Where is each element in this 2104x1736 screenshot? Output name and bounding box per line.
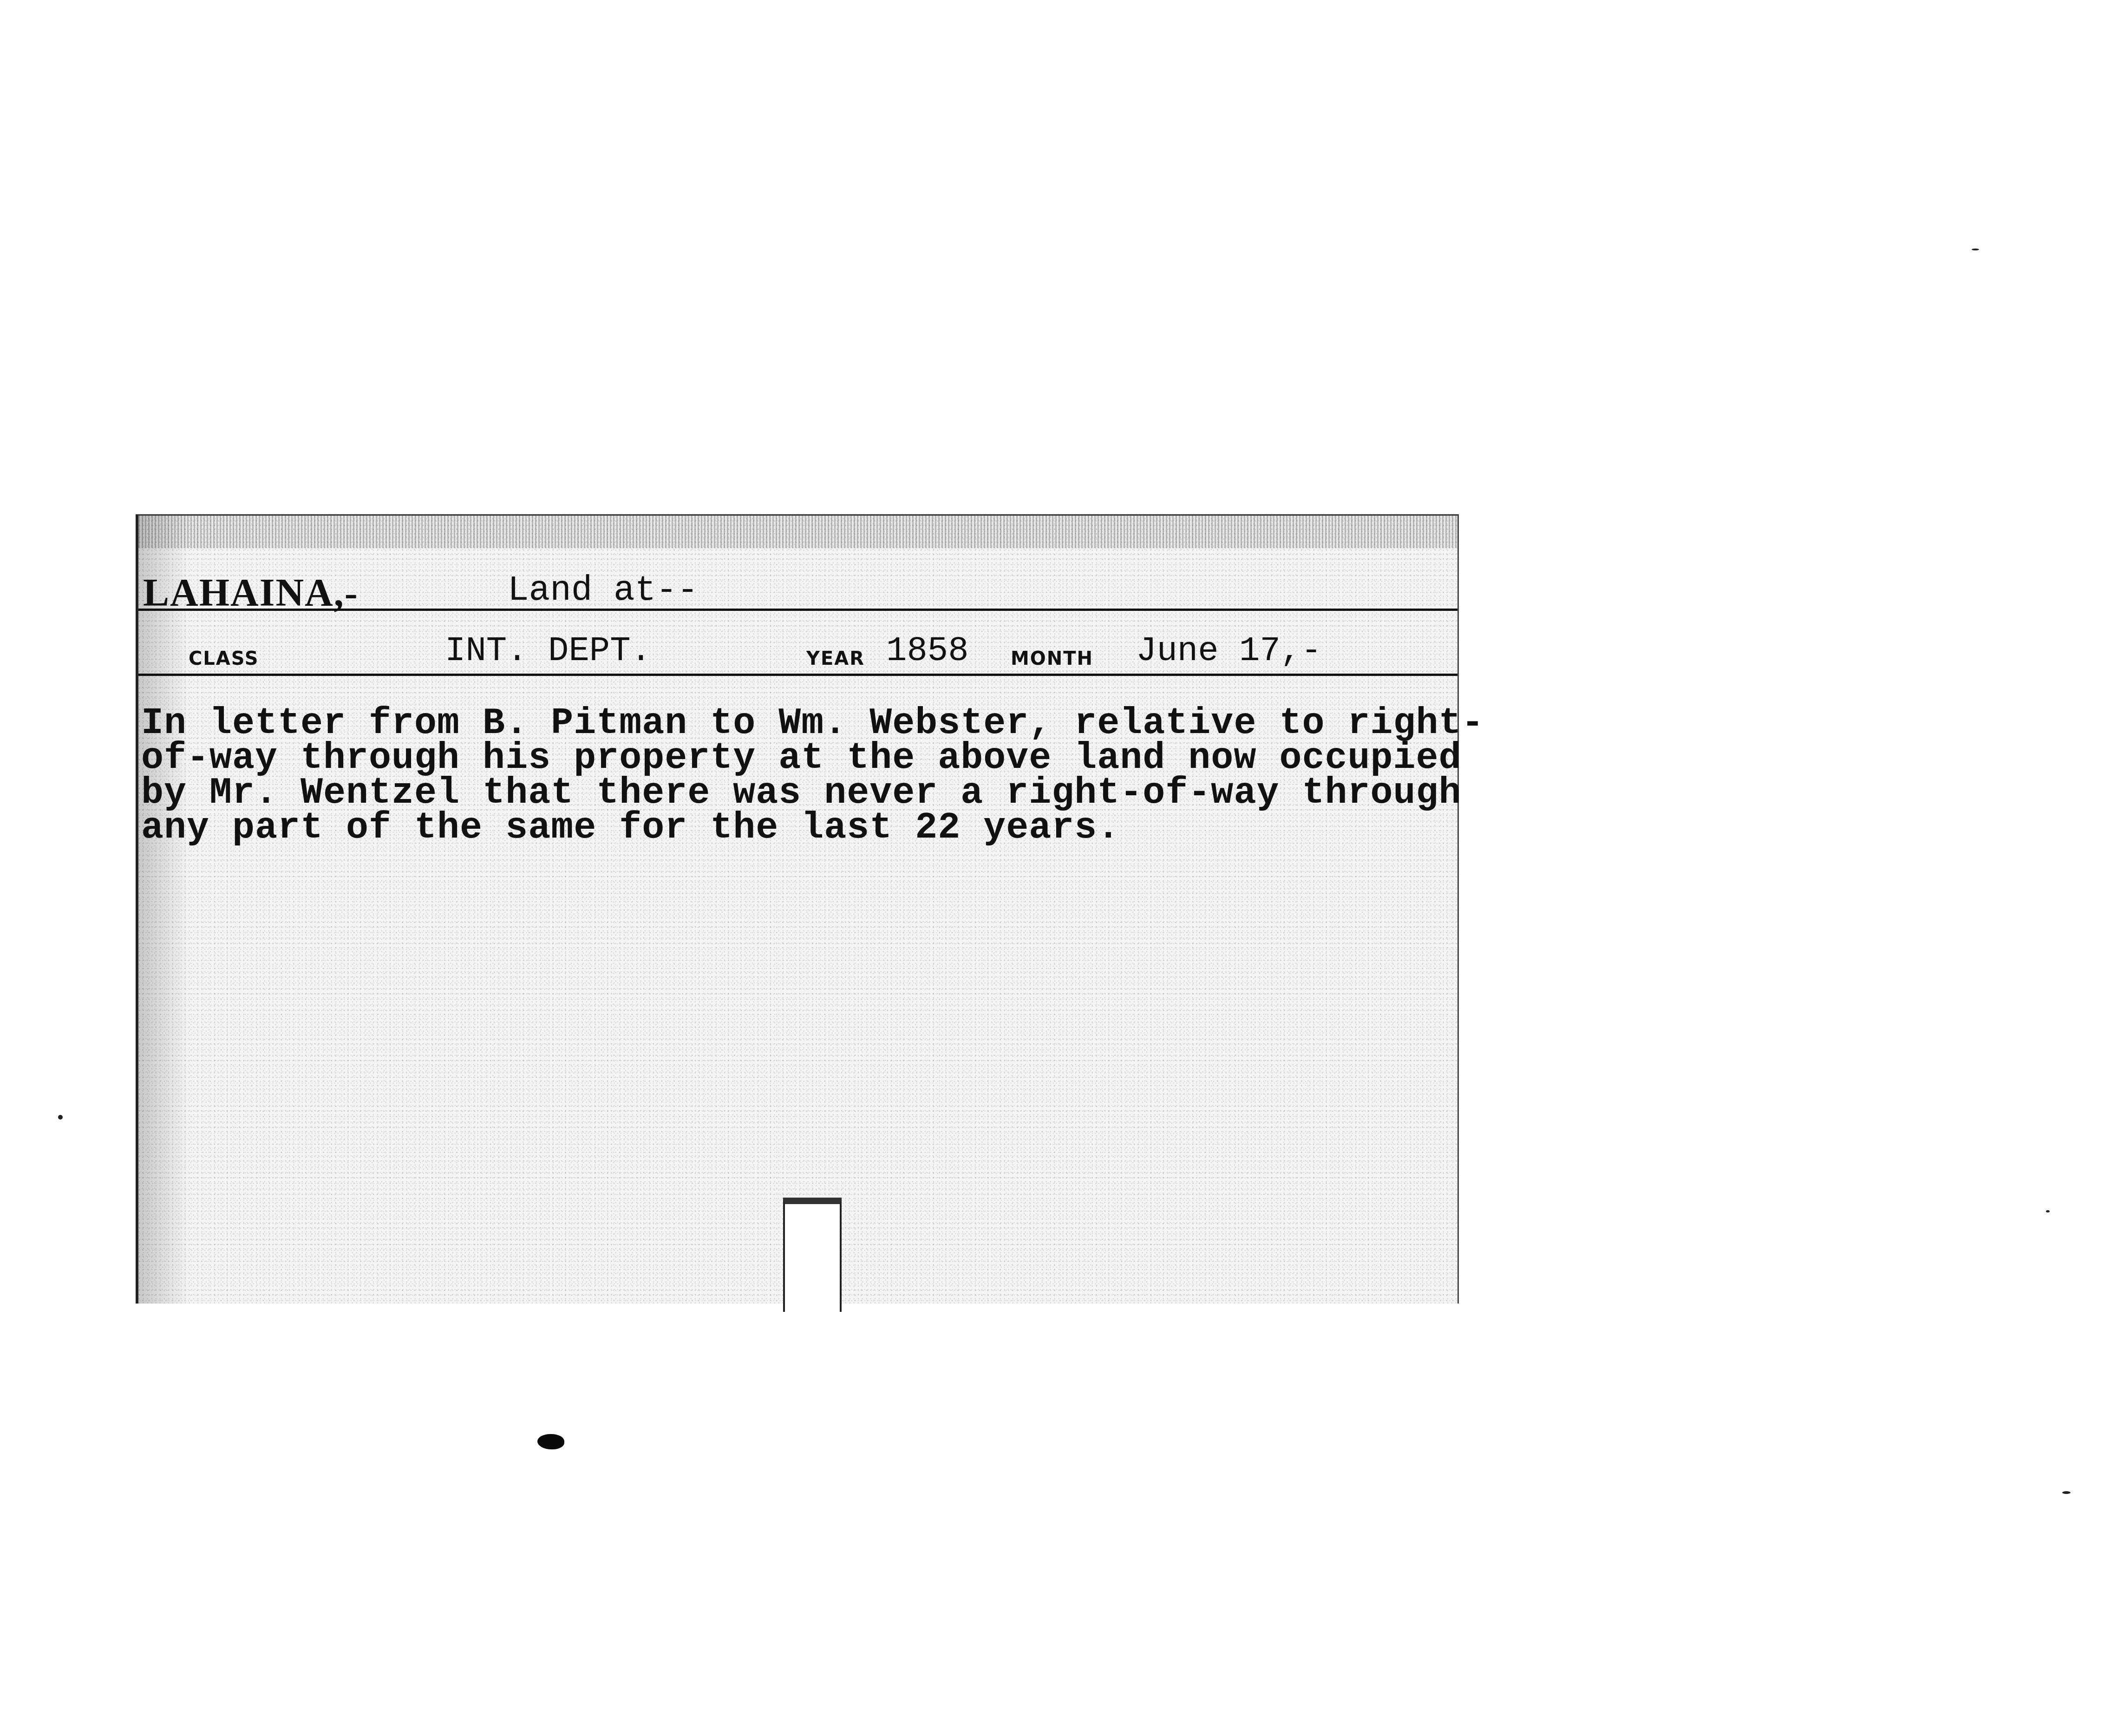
month-value: June 17,- bbox=[1136, 632, 1322, 671]
class-value: INT. DEPT. bbox=[445, 632, 651, 671]
class-label: CLASS bbox=[189, 648, 259, 669]
year-label: YEAR bbox=[806, 648, 865, 669]
year-value: 1858 bbox=[886, 632, 969, 671]
body-line: by Mr. Wentzel that there was never a ri… bbox=[141, 776, 1484, 811]
body-line: In letter from B. Pitman to Wm. Webster,… bbox=[141, 706, 1484, 741]
card-body: In letter from B. Pitman to Wm. Webster,… bbox=[141, 706, 1484, 845]
body-line: any part of the same for the last 22 yea… bbox=[141, 811, 1484, 845]
speck bbox=[2046, 1210, 2050, 1212]
card-tab-notch bbox=[783, 1198, 842, 1312]
speck bbox=[58, 1115, 63, 1120]
card-heading-subject: Land at-- bbox=[508, 570, 698, 610]
speck bbox=[2062, 1491, 2071, 1494]
card-heading-place: LAHAINA,- bbox=[143, 570, 359, 616]
body-line: of-way through his property at the above… bbox=[141, 741, 1484, 776]
index-card: LAHAINA,- Land at-- CLASS INT. DEPT. YEA… bbox=[136, 514, 1459, 1304]
month-label: MONTH bbox=[1011, 648, 1093, 669]
fields-rule bbox=[138, 674, 1457, 676]
speck bbox=[1972, 249, 1979, 250]
ink-blot bbox=[537, 1434, 564, 1449]
